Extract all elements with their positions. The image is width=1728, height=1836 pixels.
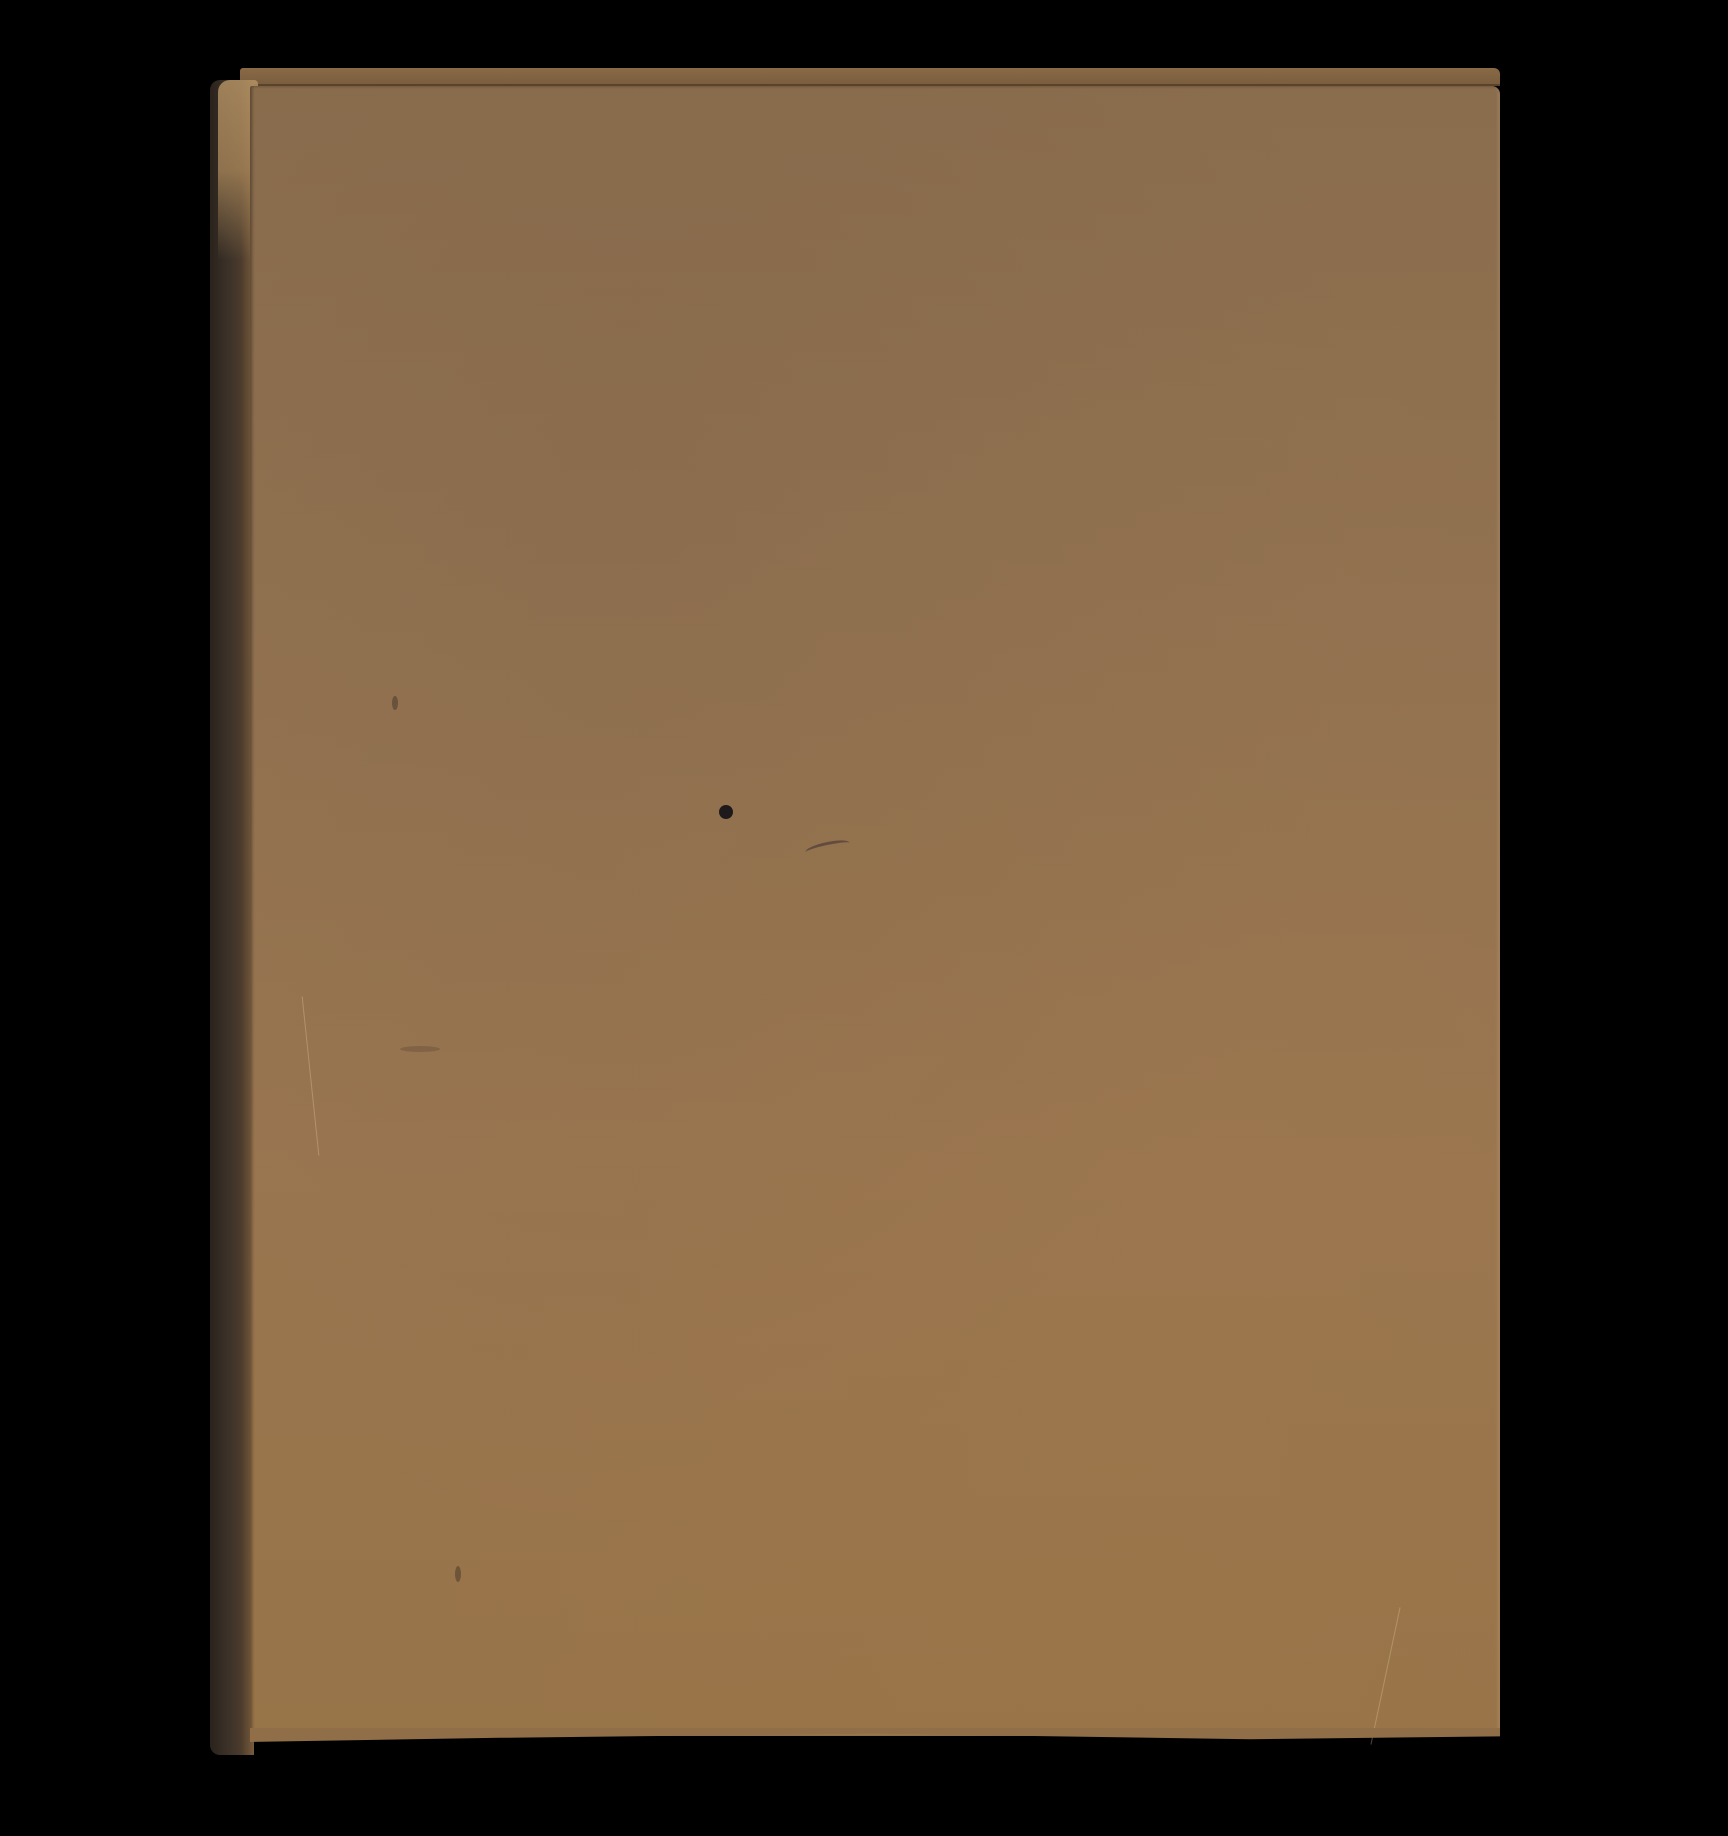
photo-stage (0, 0, 1728, 1836)
cover-crease (302, 996, 320, 1155)
book-cover (250, 86, 1500, 1736)
book-top-edge (240, 68, 1500, 86)
book (210, 68, 1500, 1763)
cover-crease (1370, 1607, 1400, 1744)
stain-mark (400, 1046, 440, 1052)
stain-mark (455, 1566, 461, 1582)
book-spine (210, 80, 254, 1755)
stain-mark (392, 696, 398, 710)
ink-spot (719, 805, 733, 819)
